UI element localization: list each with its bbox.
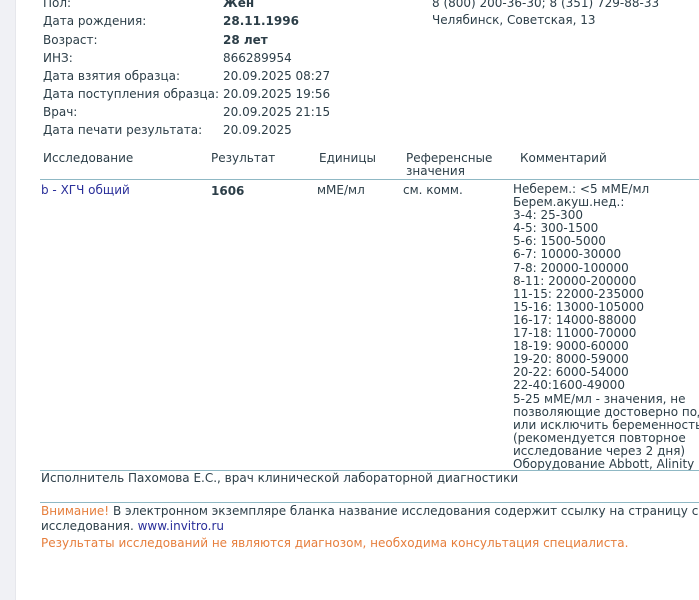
field-label-inz: ИНЗ: — [43, 52, 73, 65]
attention-text: В электронном экземпляре бланка название… — [109, 504, 699, 518]
result-units: мМЕ/мл — [317, 184, 365, 197]
field-value-sample-taken: 20.09.2025 08:27 — [223, 70, 330, 83]
comment-line: 22-40:1600-49000 — [513, 379, 699, 392]
comment-line: 6-7: 10000-30000 — [513, 248, 699, 261]
lab-phones: 8 (800) 200-36-30; 8 (351) 729-88-33 — [432, 0, 659, 10]
field-value-doctor: 20.09.2025 21:15 — [223, 106, 330, 119]
field-label-sample-taken: Дата взятия образца: — [43, 70, 180, 83]
field-label-birthdate: Дата рождения: — [43, 15, 146, 28]
header-units: Единицы — [319, 152, 376, 165]
header-result: Результат — [211, 152, 275, 165]
result-value: 1606 — [211, 185, 244, 198]
lab-result-document: Пол: Жен Дата рождения: 28.11.1996 Возра… — [0, 0, 699, 600]
comment-line: (рекомендуется повторное — [513, 432, 699, 445]
field-label-sex: Пол: — [43, 0, 71, 10]
field-value-birthdate: 28.11.1996 — [223, 15, 299, 28]
reference-values: см. комм. — [403, 184, 463, 197]
field-value-print-date: 20.09.2025 — [223, 124, 292, 137]
attention-notice: Внимание! В электронном экземпляре бланк… — [41, 505, 699, 518]
notice-divider — [40, 502, 699, 503]
attention-notice-line2: исследования. www.invitro.ru — [41, 520, 224, 533]
field-label-sample-received: Дата поступления образца: — [43, 88, 219, 101]
field-label-print-date: Дата печати результата: — [43, 124, 202, 137]
disclaimer-text: Результаты исследований не являются диаг… — [41, 537, 628, 550]
comment-line: 8-11: 20000-200000 — [513, 275, 699, 288]
header-divider — [40, 179, 699, 180]
attention-label: Внимание! — [41, 504, 109, 518]
field-value-sex: Жен — [223, 0, 254, 10]
comment-line: или исключить беременность — [513, 419, 699, 432]
comment-line: позволяющие достоверно подтв — [513, 406, 699, 419]
comment-line: 15-16: 13000-105000 — [513, 301, 699, 314]
attention-line2-text: исследования. — [41, 519, 138, 533]
study-name-link[interactable]: b - ХГЧ общий — [41, 184, 130, 197]
lab-address: Челябинск, Советская, 13 — [432, 14, 596, 27]
field-value-age: 28 лет — [223, 34, 268, 47]
result-comment: Неберем.: <5 мМЕ/млБерем.акуш.нед.:3-4: … — [513, 183, 699, 471]
field-label-doctor: Врач: — [43, 106, 77, 119]
field-label-age: Возраст: — [43, 34, 98, 47]
header-comment: Комментарий — [520, 152, 607, 165]
performer-text: Исполнитель Пахомова Е.С., врач клиничес… — [41, 472, 518, 485]
comment-line: 7-8: 20000-100000 — [513, 262, 699, 275]
field-value-inz: 866289954 — [223, 52, 292, 65]
invitro-link[interactable]: www.invitro.ru — [138, 519, 224, 533]
comment-line: 5-25 мМЕ/мл - значения, не — [513, 393, 699, 406]
comment-line: исследование через 2 дня) — [513, 445, 699, 458]
field-value-sample-received: 20.09.2025 19:56 — [223, 88, 330, 101]
header-study: Исследование — [43, 152, 133, 165]
comment-line: 11-15: 22000-235000 — [513, 288, 699, 301]
header-reference-line2: значения — [406, 165, 465, 178]
